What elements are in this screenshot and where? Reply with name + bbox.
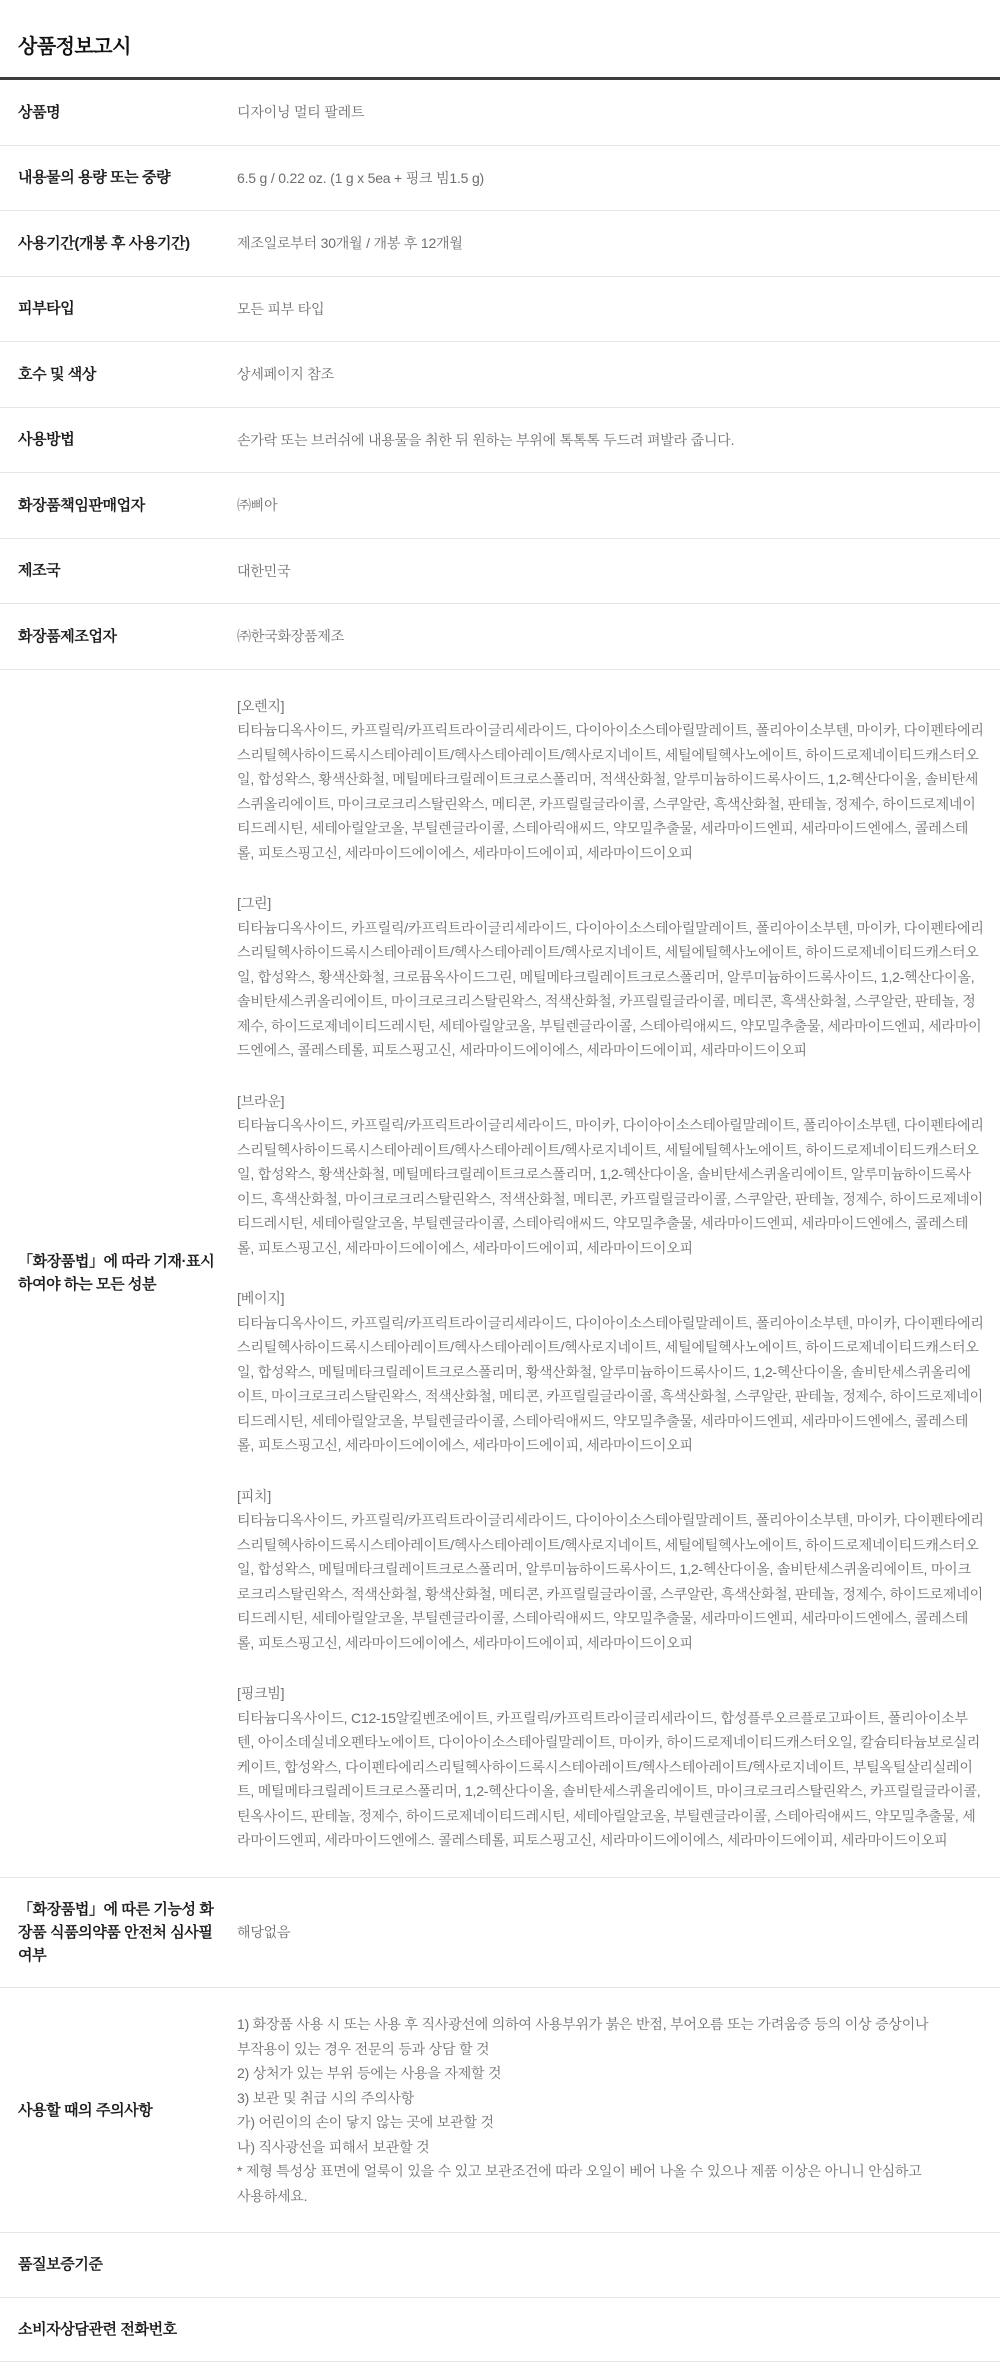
ingredient-section-orange: [오렌지] 티타늄디옥사이드, 카프릴릭/카프릭트라이글리세라이드, 다이아이소… xyxy=(237,694,984,866)
ingredient-section-name: [베이지] xyxy=(237,1286,984,1311)
product-info-section: 상품정보고시 상품명 디자이닝 멀티 팔레트 내용물의 용량 또는 중량 6.5… xyxy=(0,0,1000,2362)
ingredient-section-text: 티타늄디옥사이드, C12-15알킬벤조에이트, 카프릴릭/카프릭트라이글리세라… xyxy=(237,1706,984,1853)
table-row-usage-period: 사용기간(개봉 후 사용기간) 제조일로부터 30개월 / 개봉 후 12개월 xyxy=(0,211,1000,277)
table-row-ingredients: 「화장품법」에 따라 기재·표시하여야 하는 모든 성분 [오렌지] 티타늄디옥… xyxy=(0,670,1000,1878)
row-value: 대한민국 xyxy=(237,559,1000,584)
row-label: 화장품책임판매업자 xyxy=(0,494,237,517)
row-label: 사용방법 xyxy=(0,428,237,451)
table-row-country: 제조국 대한민국 xyxy=(0,539,1000,605)
row-value: 디자이닝 멀티 팔레트 xyxy=(237,100,1000,125)
row-label: 사용기간(개봉 후 사용기간) xyxy=(0,232,237,255)
caution-line: 나) 직사광선을 피해서 보관할 것 xyxy=(237,2135,984,2160)
row-label: 상품명 xyxy=(0,101,237,124)
row-label: 화장품제조업자 xyxy=(0,625,237,648)
ingredient-section-peach: [피치] 티타늄디옥사이드, 카프릴릭/카프릭트라이글리세라이드, 다이아이소스… xyxy=(237,1484,984,1656)
caution-line: 3) 보관 및 취급 시의 주의사항 xyxy=(237,2086,984,2111)
row-value: 해당없음 xyxy=(237,1920,1000,1945)
ingredient-section-text: 티타늄디옥사이드, 카프릴릭/카프릭트라이글리세라이드, 마이카, 다이아이소스… xyxy=(237,1113,984,1260)
ingredient-section-name: [그린] xyxy=(237,891,984,916)
ingredient-section-text: 티타늄디옥사이드, 카프릴릭/카프릭트라이글리세라이드, 다이아이소스테아릴말레… xyxy=(237,718,984,865)
row-label: 「화장품법」에 따른 기능성 화장품 식품의약품 안전처 심사필 여부 xyxy=(0,1898,237,1968)
table-row-volume: 내용물의 용량 또는 중량 6.5 g / 0.22 oz. (1 g x 5e… xyxy=(0,146,1000,212)
ingredient-section-name: [핑크빔] xyxy=(237,1681,984,1706)
table-row-how-to-use: 사용방법 손가락 또는 브러쉬에 내용물을 취한 뒤 원하는 부위에 톡톡톡 두… xyxy=(0,408,1000,474)
row-label: 「화장품법」에 따라 기재·표시하여야 하는 모든 성분 xyxy=(0,1250,237,1297)
row-value: ㈜삐아 xyxy=(237,493,1000,518)
ingredient-section-brown: [브라운] 티타늄디옥사이드, 카프릴릭/카프릭트라이글리세라이드, 마이카, … xyxy=(237,1089,984,1261)
ingredient-section-text: 티타늄디옥사이드, 카프릴릭/카프릭트라이글리세라이드, 다이아이소스테아릴말레… xyxy=(237,1508,984,1655)
row-label: 제조국 xyxy=(0,559,237,582)
table-row-functional-approval: 「화장품법」에 따른 기능성 화장품 식품의약품 안전처 심사필 여부 해당없음 xyxy=(0,1878,1000,1989)
row-value: 제조일로부터 30개월 / 개봉 후 12개월 xyxy=(237,231,1000,256)
row-value: ㈜한국화장품제조 xyxy=(237,624,1000,649)
row-value: 6.5 g / 0.22 oz. (1 g x 5ea + 핑크 빔1.5 g) xyxy=(237,166,1000,191)
table-row-quality-standard: 품질보증기준 xyxy=(0,2233,1000,2297)
ingredient-section-name: [오렌지] xyxy=(237,694,984,719)
table-row-product-name: 상품명 디자이닝 멀티 팔레트 xyxy=(0,80,1000,146)
row-label: 소비자상담관련 전화번호 xyxy=(0,2318,237,2341)
row-label: 내용물의 용량 또는 중량 xyxy=(0,166,237,189)
caution-value: 1) 화장품 사용 시 또는 사용 후 직사광선에 의하여 사용부위가 붉은 반… xyxy=(237,2012,1000,2208)
row-label: 호수 및 색상 xyxy=(0,363,237,386)
ingredient-section-text: 티타늄디옥사이드, 카프릴릭/카프릭트라이글리세라이드, 다이아이소스테아릴말레… xyxy=(237,1311,984,1458)
ingredient-section-beige: [베이지] 티타늄디옥사이드, 카프릴릭/카프릭트라이글리세라이드, 다이아이소… xyxy=(237,1286,984,1458)
table-row-color: 호수 및 색상 상세페이지 참조 xyxy=(0,342,1000,408)
product-info-table: 상품명 디자이닝 멀티 팔레트 내용물의 용량 또는 중량 6.5 g / 0.… xyxy=(0,77,1000,2362)
row-value: 손가락 또는 브러쉬에 내용물을 취한 뒤 원하는 부위에 톡톡톡 두드려 펴발… xyxy=(237,428,1000,453)
table-row-seller: 화장품책임판매업자 ㈜삐아 xyxy=(0,473,1000,539)
table-row-skin-type: 피부타입 모든 피부 타입 xyxy=(0,277,1000,343)
ingredient-section-text: 티타늄디옥사이드, 카프릴릭/카프릭트라이글리세라이드, 다이아이소스테아릴말레… xyxy=(237,916,984,1063)
ingredient-section-pinkbeam: [핑크빔] 티타늄디옥사이드, C12-15알킬벤조에이트, 카프릴릭/카프릭트… xyxy=(237,1681,984,1853)
row-value: 모든 피부 타입 xyxy=(237,297,1000,322)
table-row-cautions: 사용할 때의 주의사항 1) 화장품 사용 시 또는 사용 후 직사광선에 의하… xyxy=(0,1988,1000,2233)
row-label: 사용할 때의 주의사항 xyxy=(0,2099,237,2122)
row-value: 상세페이지 참조 xyxy=(237,362,1000,387)
caution-line: 가) 어린이의 손이 닿지 않는 곳에 보관할 것 xyxy=(237,2110,984,2135)
page-title: 상품정보고시 xyxy=(0,0,1000,77)
ingredient-section-name: [피치] xyxy=(237,1484,984,1509)
ingredients-value: [오렌지] 티타늄디옥사이드, 카프릴릭/카프릭트라이글리세라이드, 다이아이소… xyxy=(237,694,1000,1853)
caution-line: 2) 상처가 있는 부위 등에는 사용을 자제할 것 xyxy=(237,2061,984,2086)
table-row-manufacturer: 화장품제조업자 ㈜한국화장품제조 xyxy=(0,604,1000,670)
caution-line: * 제형 특성상 표면에 얼룩이 있을 수 있고 보관조건에 따라 오일이 베어… xyxy=(237,2159,984,2208)
table-row-consumer-phone: 소비자상담관련 전화번호 xyxy=(0,2298,1000,2362)
row-label: 피부타입 xyxy=(0,297,237,320)
ingredient-section-green: [그린] 티타늄디옥사이드, 카프릴릭/카프릭트라이글리세라이드, 다이아이소스… xyxy=(237,891,984,1063)
caution-line: 1) 화장품 사용 시 또는 사용 후 직사광선에 의하여 사용부위가 붉은 반… xyxy=(237,2012,984,2061)
ingredient-section-name: [브라운] xyxy=(237,1089,984,1114)
row-label: 품질보증기준 xyxy=(0,2253,237,2276)
